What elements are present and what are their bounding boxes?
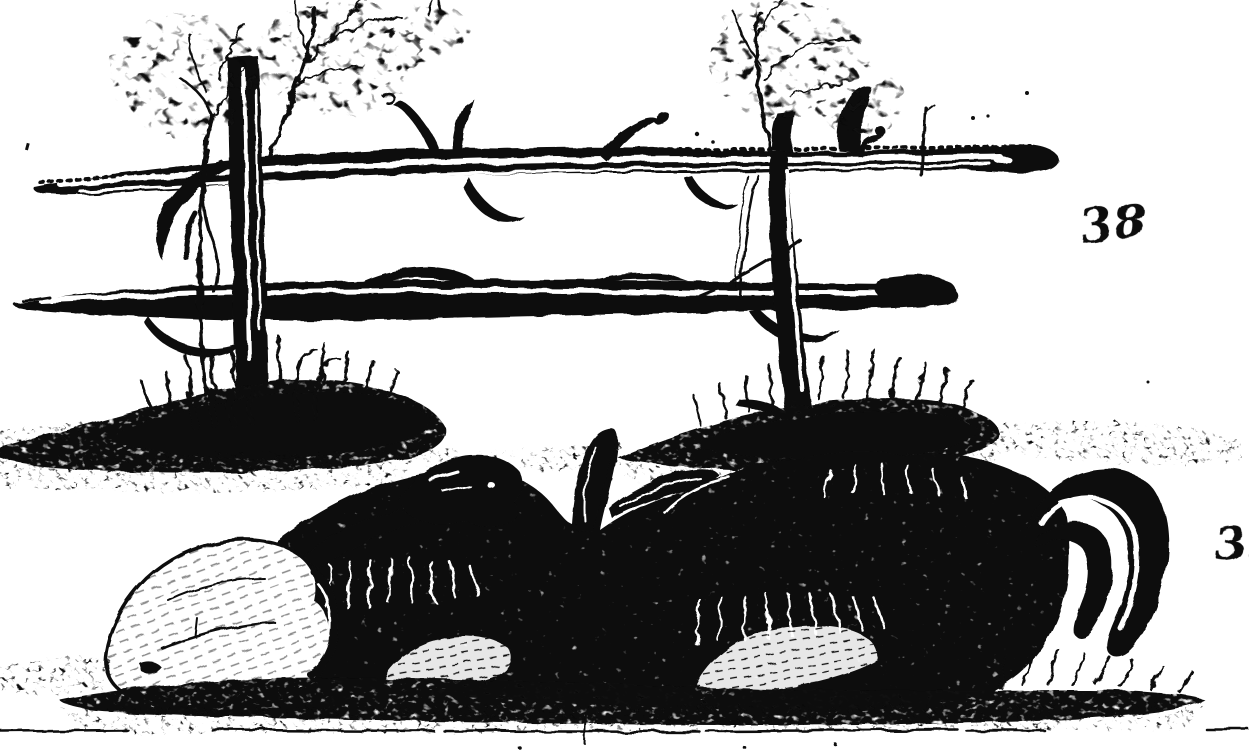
- fence-bottom-rail: [13, 267, 957, 356]
- rail-stub: [462, 176, 524, 222]
- rustic-fence: [13, 0, 1059, 434]
- right-saplings: [710, 0, 905, 150]
- rail-stub: [452, 99, 474, 157]
- rail-stub: [684, 176, 737, 208]
- grass-left-mound: [0, 336, 470, 492]
- rail-stub: [392, 99, 441, 156]
- engraving-plate: 38 3.: [0, 0, 1249, 752]
- right-foliage: [710, 0, 905, 135]
- right-fence-post: [700, 85, 870, 420]
- engraving-scene: 38 3.: [0, 0, 1249, 752]
- figure-label-39-partial: 3.: [1213, 517, 1249, 571]
- figure-label-38: 38: [1078, 193, 1151, 254]
